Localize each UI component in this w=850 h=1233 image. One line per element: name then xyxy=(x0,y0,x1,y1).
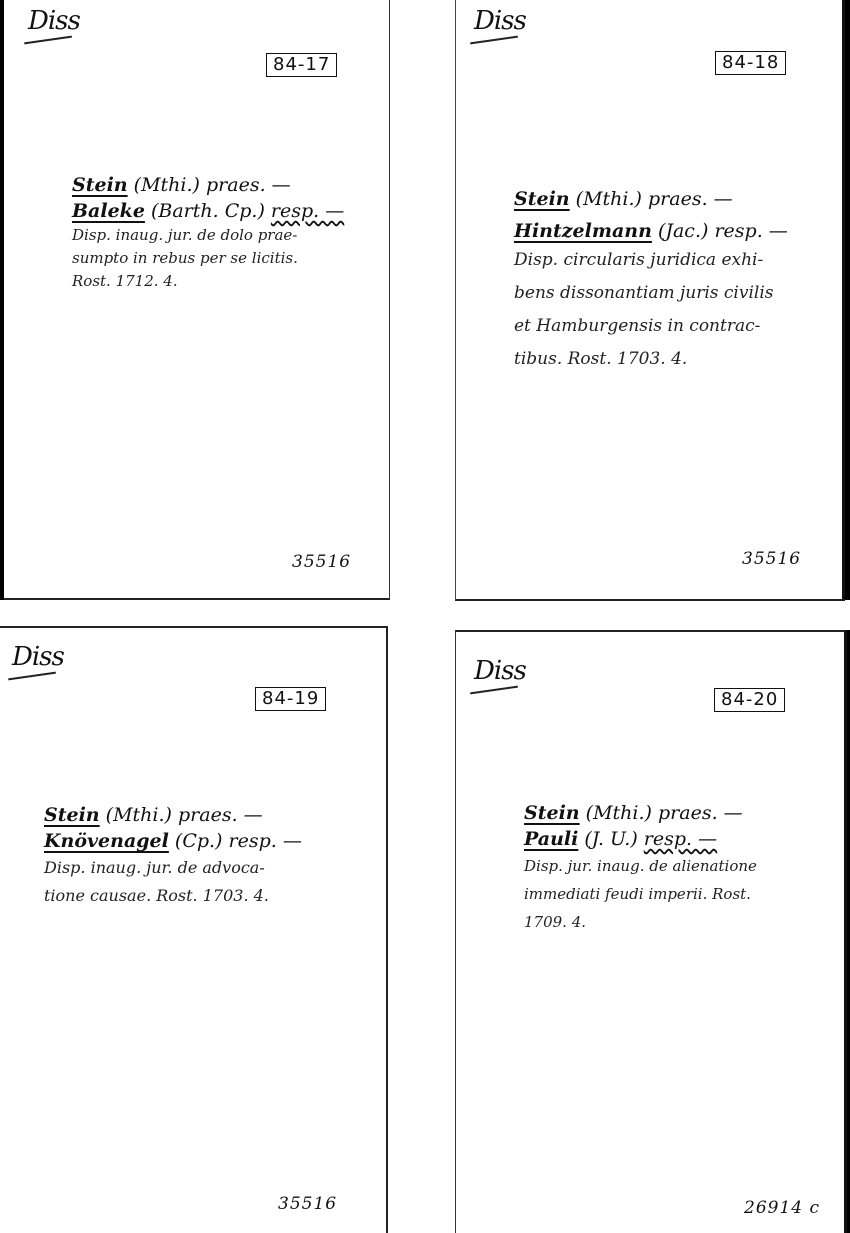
catalog-card-1: Diss 84-17 Stein (Mthi.) praes. — Baleke… xyxy=(4,0,390,600)
catalog-card-3: Diss 84-19 Stein (Mthi.) praes. — Knöven… xyxy=(0,626,388,1233)
description-line: Disp. inaug. jur. de advoca- xyxy=(44,854,302,882)
description-line: Disp. circularis juridica exhi- xyxy=(514,244,788,277)
card-entry: Stein (Mthi.) praes. — Hintzelmann (Jac.… xyxy=(514,186,788,376)
call-number-box: 84-20 xyxy=(714,688,785,712)
respondent-line: Baleke (Barth. Cp.) resp. — xyxy=(72,198,344,224)
description-line: sumpto in rebus per se licitis. xyxy=(72,247,344,270)
praeses-role: praes. — xyxy=(206,174,291,196)
accession-number: 35516 xyxy=(278,1194,337,1214)
praeses-name: Stein xyxy=(44,804,100,826)
respondent-given: (Jac.) xyxy=(658,220,708,242)
respondent-role: resp. — xyxy=(714,220,787,242)
card-entry: Stein (Mthi.) praes. — Knövenagel (Cp.) … xyxy=(44,802,302,910)
praeses-name: Stein xyxy=(524,802,580,824)
praeses-role: praes. — xyxy=(658,802,743,824)
praeses-role: praes. — xyxy=(648,188,733,210)
respondent-line: Knövenagel (Cp.) resp. — xyxy=(44,828,302,854)
respondent-role: resp. — xyxy=(271,200,344,222)
praeses-name: Stein xyxy=(72,174,128,196)
description-line: tibus. Rost. 1703. 4. xyxy=(514,343,788,376)
respondent-name: Baleke xyxy=(72,200,145,222)
respondent-name: Knövenagel xyxy=(44,830,169,852)
accession-number: 35516 xyxy=(292,552,351,572)
praeses-name: Stein xyxy=(514,188,570,210)
respondent-line: Hintzelmann (Jac.) resp. — xyxy=(514,218,788,244)
accession-number: 35516 xyxy=(742,549,801,569)
praeses-given: (Mthi.) xyxy=(134,174,200,196)
card-heading: Diss xyxy=(28,6,80,36)
description-line: bens dissonantiam juris civilis xyxy=(514,277,788,310)
description-line: et Hamburgensis in contrac- xyxy=(514,310,788,343)
card-entry: Stein (Mthi.) praes. — Baleke (Barth. Cp… xyxy=(72,172,344,293)
praeses-role: praes. — xyxy=(178,804,263,826)
call-number-box: 84-18 xyxy=(715,51,786,75)
respondent-role: resp. — xyxy=(644,828,717,850)
description-line: immediati feudi imperii. Rost. xyxy=(524,880,757,908)
call-number-box: 84-17 xyxy=(266,53,337,77)
respondent-given: (J. U.) xyxy=(584,828,637,850)
catalog-card-2: Diss 84-18 Stein (Mthi.) praes. — Hintze… xyxy=(455,0,845,601)
respondent-line: Pauli (J. U.) resp. — xyxy=(524,826,757,852)
description-line: Rost. 1712. 4. xyxy=(72,270,344,293)
praeses-line: Stein (Mthi.) praes. — xyxy=(72,172,344,198)
praeses-line: Stein (Mthi.) praes. — xyxy=(514,186,788,212)
praeses-line: Stein (Mthi.) praes. — xyxy=(44,802,302,828)
praeses-given: (Mthi.) xyxy=(576,188,642,210)
card-heading: Diss xyxy=(474,6,526,36)
respondent-given: (Cp.) xyxy=(175,830,223,852)
praeses-given: (Mthi.) xyxy=(586,802,652,824)
respondent-name: Pauli xyxy=(524,828,578,850)
accession-number: 26914 c xyxy=(744,1198,820,1218)
respondent-given: (Barth. Cp.) xyxy=(151,200,265,222)
description-line: 1709. 4. xyxy=(524,908,757,936)
call-number-box: 84-19 xyxy=(255,687,326,711)
card-heading: Diss xyxy=(12,642,64,672)
card-entry: Stein (Mthi.) praes. — Pauli (J. U.) res… xyxy=(524,800,757,936)
description-line: Disp. jur. inaug. de alienatione xyxy=(524,852,757,880)
praeses-line: Stein (Mthi.) praes. — xyxy=(524,800,757,826)
praeses-given: (Mthi.) xyxy=(106,804,172,826)
description-line: Disp. inaug. jur. de dolo prae- xyxy=(72,224,344,247)
description-line: tione causae. Rost. 1703. 4. xyxy=(44,882,302,910)
card-heading: Diss xyxy=(474,656,526,686)
respondent-name: Hintzelmann xyxy=(514,220,652,242)
catalog-card-4: Diss 84-20 Stein (Mthi.) praes. — Pauli … xyxy=(455,630,847,1233)
respondent-role: resp. — xyxy=(229,830,302,852)
